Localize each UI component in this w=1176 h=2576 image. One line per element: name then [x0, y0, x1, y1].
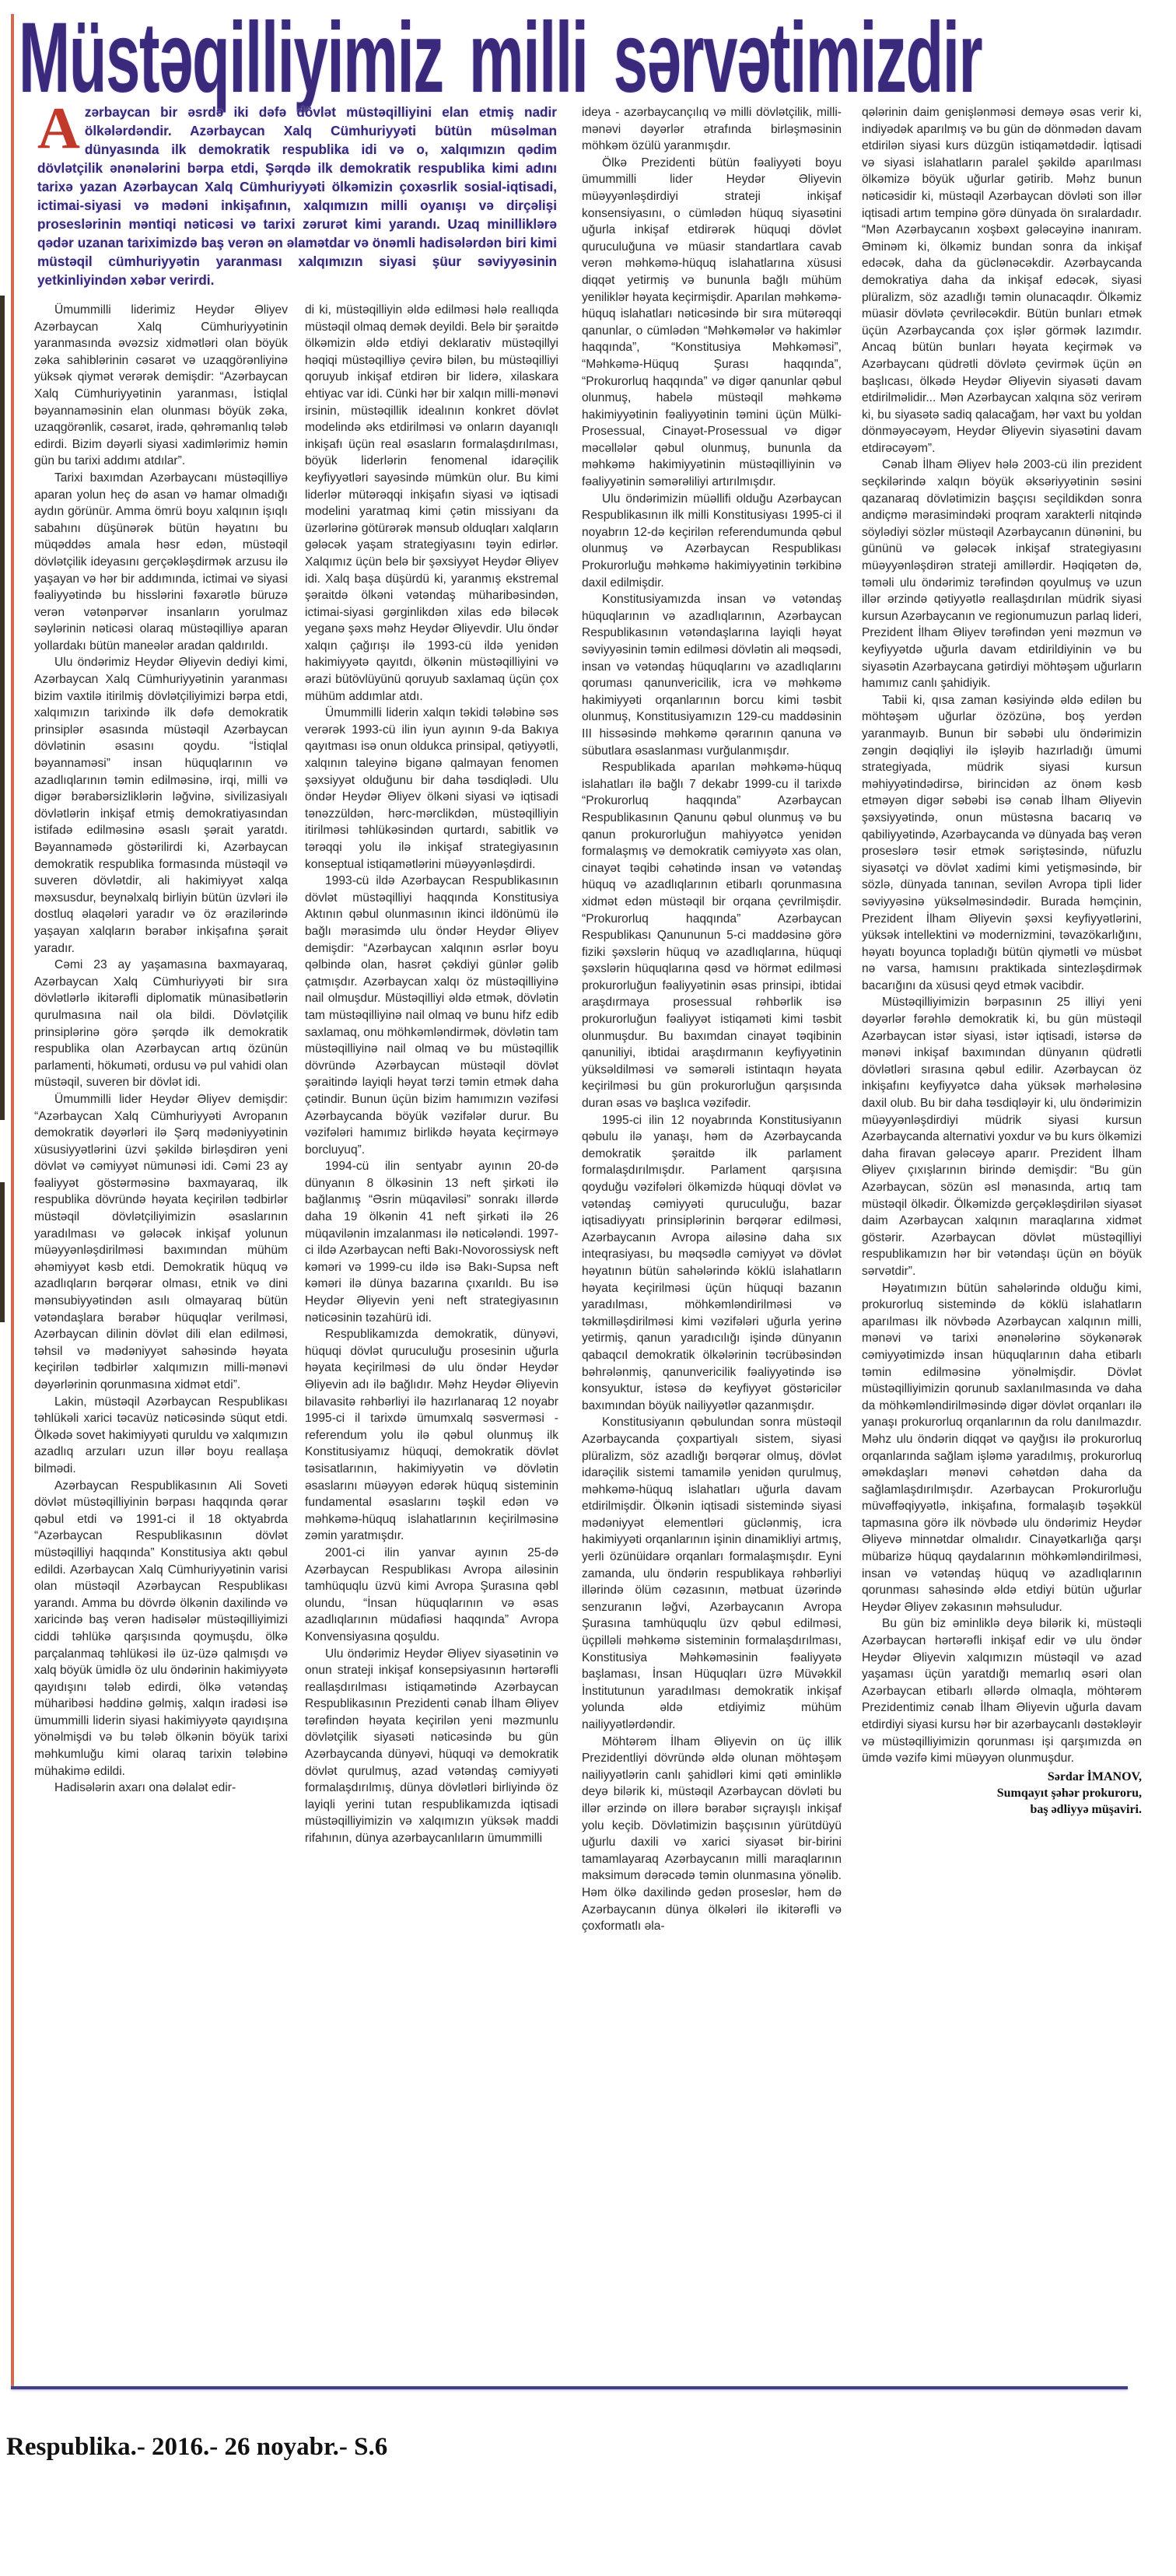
paragraph: Konstitusiyanın qəbulundan sonra müstəqi…	[582, 1414, 842, 1733]
paragraph: Cənab İlham Əliyev hələ 2003-cü ilin pre…	[862, 457, 1142, 691]
paragraph: Respublikada aparılan məhkəmə-hüquq isla…	[582, 759, 842, 1111]
paragraph: Tarixi baxımdan Azərbaycanı müstəqilliyə…	[34, 470, 288, 655]
paragraph: Bu gün biz əminliklə deyə bilərik ki, mü…	[862, 1615, 1142, 1766]
paragraph: Konstitusiyamızda insan və vətəndaş hüqu…	[582, 591, 842, 759]
paragraph: Cəmi 23 ay yaşamasına baxmayaraq, Azərba…	[34, 957, 288, 1091]
paragraph: Tabii ki, qısa zaman kəsiyində əldə edil…	[862, 692, 1142, 995]
paragraph: Müstəqilliyimizin bərpasının 25 illiyi y…	[862, 994, 1142, 1279]
lead-text: zərbaycan bir əsrdə iki dəfə dövlət müst…	[37, 104, 557, 288]
paragraph: Hadisələrin axarı ona dəlalət edir-	[34, 1780, 288, 1797]
paragraph: Ümummilli lider Heydər Əliyev demişdir: …	[34, 1091, 288, 1394]
paragraph: ideya - azərbaycançılıq və milli dövlətç…	[582, 104, 842, 155]
paragraph: 1995-ci ilin 12 noyabrında Konstitusiyan…	[582, 1112, 842, 1415]
adjacent-photo-edge	[0, 296, 5, 1120]
paragraph: Ulu öndərimiz Heydər Əliyev siyasətinin …	[305, 1646, 558, 1847]
article-column-2: di ki, müstəqilliyin əldə edilməsi hələ …	[305, 302, 558, 1847]
paragraph: di ki, müstəqilliyin əldə edilməsi hələ …	[305, 302, 558, 705]
article-column-1: Ümummilli liderimiz Heydər Əliyev Azərba…	[34, 302, 288, 1797]
left-accent-rule	[11, 14, 14, 2386]
paragraph: Azərbaycan Respublikasının Ali Soveti dö…	[34, 1478, 288, 1780]
article-column-4: qələrinin daim genişlənməsi deməyə əsas …	[862, 104, 1142, 1818]
adjacent-photo-edge	[0, 1182, 5, 1322]
paragraph: 1994-cü ilin sentyabr ayının 20-də dünya…	[305, 1158, 558, 1326]
paragraph: Möhtərəm İlham Əliyevin on üç illik Prez…	[582, 1734, 842, 1935]
paragraph: 2001-ci ilin yanvar ayının 25-də Azərbay…	[305, 1545, 558, 1646]
paragraph: Ümummilli liderin xalqın təkidi tələbinə…	[305, 705, 558, 873]
author-rank: baş ədliyyə müşaviri.	[862, 1801, 1142, 1818]
article-headline: Müstəqilliyimiz milli sərvətimizdir	[19, 9, 733, 107]
paragraph: Lakin, müstəqil Azərbaycan Respublikası …	[34, 1394, 288, 1478]
paragraph: Ölkə Prezidenti bütün fəaliyyəti boyu üm…	[582, 155, 842, 491]
paragraph: Respublikamızda demokratik, dünyəvi, hüq…	[305, 1326, 558, 1545]
source-citation: Respublika.- 2016.- 26 noyabr.- S.6	[6, 2433, 387, 2462]
paragraph: Ulu öndərimiz Heydər Əliyevin dediyi kim…	[34, 654, 288, 957]
paragraph: qələrinin daim genişlənməsi deməyə əsas …	[862, 104, 1142, 457]
author-position: Sumqayıt şəhər prokuroru,	[862, 1785, 1142, 1801]
author-signature: Sərdar İMANOV, Sumqayıt şəhər prokuroru,…	[862, 1769, 1142, 1818]
paragraph: 1993-cü ildə Azərbaycan Respublikasının …	[305, 873, 558, 1158]
paragraph: Həyatımızın bütün sahələrində olduğu kim…	[862, 1280, 1142, 1616]
article-bottom-rule	[11, 2386, 1128, 2389]
author-name: Sərdar İMANOV,	[862, 1769, 1142, 1785]
article-column-3: ideya - azərbaycançılıq və milli dövlətç…	[582, 104, 842, 1935]
paragraph: Ulu öndərimizin müəllifi olduğu Azərbayc…	[582, 491, 842, 592]
paragraph: Ümummilli liderimiz Heydər Əliyev Azərba…	[34, 302, 288, 470]
article-lead: A zərbaycan bir əsrdə iki dəfə dövlət mü…	[37, 103, 557, 289]
drop-cap: A	[37, 106, 80, 151]
